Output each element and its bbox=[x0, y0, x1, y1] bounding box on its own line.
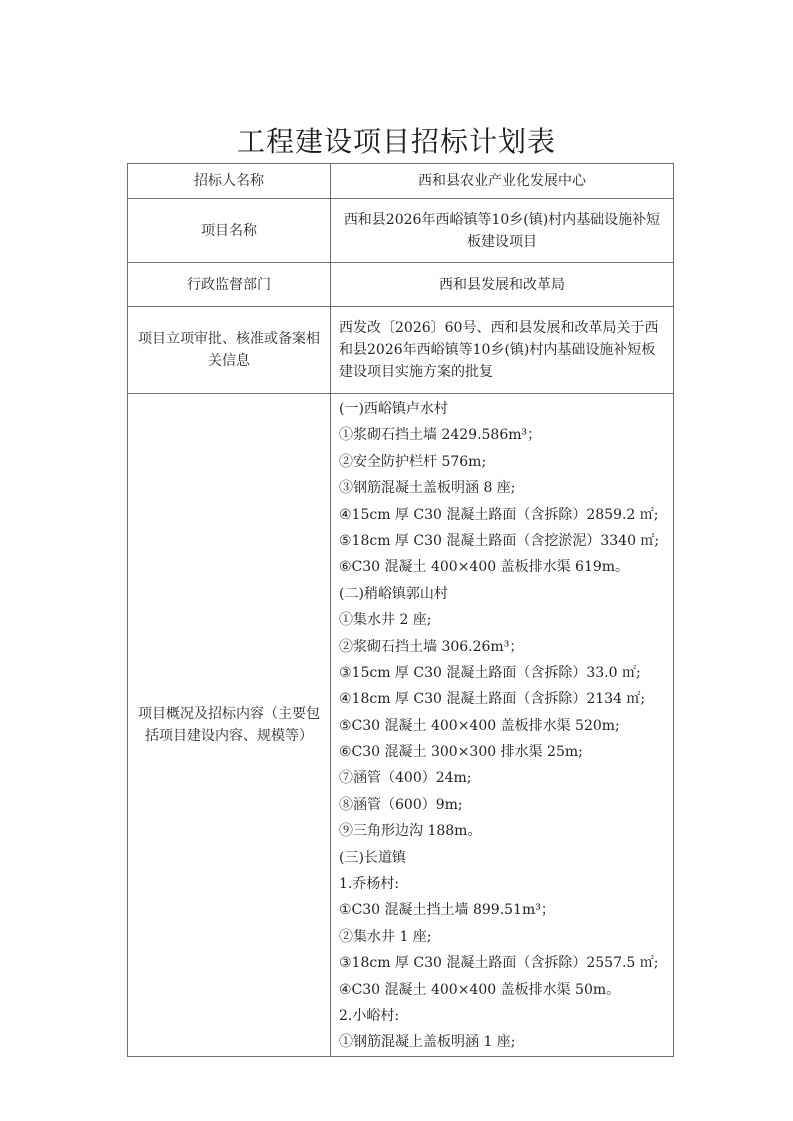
overview-line: ⑧涵管（600）9m; bbox=[339, 792, 665, 818]
overview-line: (二)稍峪镇郭山村 bbox=[339, 581, 665, 607]
overview-line: ①集水井 2 座; bbox=[339, 607, 665, 633]
supervisor-label: 行政监督部门 bbox=[128, 263, 331, 307]
table-row-approval: 项目立项审批、核准或备案相关信息 西发改〔2026〕60号、西和县发展和改革局关… bbox=[128, 307, 674, 394]
overview-line: ⑤18cm 厚 C30 混凝土路面（含挖淤泥）3340 ㎡; bbox=[339, 528, 665, 554]
overview-line: (三)长道镇 bbox=[339, 845, 665, 871]
overview-line: ②安全防护栏杆 576m; bbox=[339, 449, 665, 475]
overview-line: ⑤C30 混凝土 400×400 盖板排水渠 520m; bbox=[339, 713, 665, 739]
overview-line: ④15cm 厚 C30 混凝土路面（含拆除）2859.2 ㎡; bbox=[339, 502, 665, 528]
tenderer-value: 西和县农业产业化发展中心 bbox=[331, 164, 674, 199]
table-row-project-name: 项目名称 西和县2026年西峪镇等10乡(镇)村内基础设施补短板建设项目 bbox=[128, 199, 674, 263]
project-name-label: 项目名称 bbox=[128, 199, 331, 263]
overview-label: 项目概况及招标内容（主要包括项目建设内容、规模等） bbox=[128, 394, 331, 1057]
overview-content: (一)西峪镇卢水村①浆砌石挡土墙 2429.586m³；②安全防护栏杆 576m… bbox=[331, 394, 674, 1057]
project-name-value: 西和县2026年西峪镇等10乡(镇)村内基础设施补短板建设项目 bbox=[331, 199, 674, 263]
overview-line: ④18cm 厚 C30 混凝土路面（含拆除）2134 ㎡; bbox=[339, 686, 665, 712]
overview-line: ③钢筋混凝土盖板明涵 8 座; bbox=[339, 475, 665, 501]
overview-line: ②集水井 1 座; bbox=[339, 924, 665, 950]
table-row-tenderer: 招标人名称 西和县农业产业化发展中心 bbox=[128, 164, 674, 199]
overview-line: ⑥C30 混凝土 300×300 排水渠 25m; bbox=[339, 739, 665, 765]
supervisor-value: 西和县发展和改革局 bbox=[331, 263, 674, 307]
overview-line: ⑨三角形边沟 188m。 bbox=[339, 818, 665, 844]
overview-line: ⑦涵管（400）24m; bbox=[339, 765, 665, 791]
table-row-overview: 项目概况及招标内容（主要包括项目建设内容、规模等） (一)西峪镇卢水村①浆砌石挡… bbox=[128, 394, 674, 1057]
table-row-supervisor: 行政监督部门 西和县发展和改革局 bbox=[128, 263, 674, 307]
overview-line: ③15cm 厚 C30 混凝土路面（含拆除）33.0 ㎡; bbox=[339, 660, 665, 686]
tenderer-label: 招标人名称 bbox=[128, 164, 331, 199]
overview-line: ⑥C30 混凝土 400×400 盖板排水渠 619m。 bbox=[339, 554, 665, 580]
overview-line: 1.乔杨村: bbox=[339, 871, 665, 897]
overview-line: ①浆砌石挡土墙 2429.586m³； bbox=[339, 422, 665, 448]
overview-line: 2.小峪村: bbox=[339, 1003, 665, 1029]
document-title: 工程建设项目招标计划表 bbox=[0, 120, 793, 160]
approval-label: 项目立项审批、核准或备案相关信息 bbox=[128, 307, 331, 394]
overview-line: ④C30 混凝土 400×400 盖板排水渠 50m。 bbox=[339, 977, 665, 1003]
overview-line: ②浆砌石挡土墙 306.26m³； bbox=[339, 634, 665, 660]
overview-line: ①C30 混凝土挡土墙 899.51m³； bbox=[339, 897, 665, 923]
overview-line: (一)西峪镇卢水村 bbox=[339, 396, 665, 422]
tender-plan-table: 招标人名称 西和县农业产业化发展中心 项目名称 西和县2026年西峪镇等10乡(… bbox=[127, 163, 674, 1057]
approval-value: 西发改〔2026〕60号、西和县发展和改革局关于西和县2026年西峪镇等10乡(… bbox=[331, 307, 674, 394]
overview-line: ③18cm 厚 C30 混凝土路面（含拆除）2557.5 ㎡; bbox=[339, 950, 665, 976]
overview-line: ①钢筋混凝上盖板明涵 1 座; bbox=[339, 1029, 665, 1055]
overview-lines: (一)西峪镇卢水村①浆砌石挡土墙 2429.586m³；②安全防护栏杆 576m… bbox=[339, 394, 665, 1056]
